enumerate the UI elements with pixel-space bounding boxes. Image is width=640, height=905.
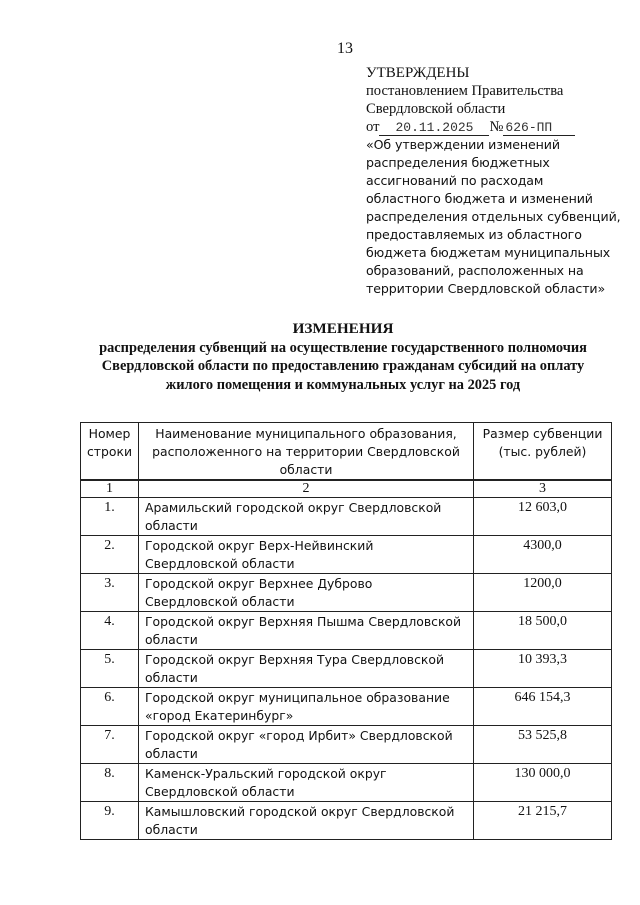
heading-line-1: распределения субвенций на осуществление…: [40, 339, 640, 358]
approval-number: 626-ПП: [503, 120, 575, 136]
approval-line-1: постановлением Правительства: [366, 82, 626, 100]
table-row: 5.Городской округ Верхняя Тура Свердловс…: [81, 650, 612, 688]
row-number: 3.: [81, 574, 139, 612]
municipality-name: Городской округ «город Ирбит» Свердловск…: [139, 726, 474, 764]
date-prefix: от: [366, 118, 379, 136]
row-number: 4.: [81, 612, 139, 650]
subvention-amount: 10 393,3: [474, 650, 612, 688]
municipality-name: Городской округ муниципальное образовани…: [139, 688, 474, 726]
table-row: 1.Арамильский городской округ Свердловск…: [81, 498, 612, 536]
table-row: 7.Городской округ «город Ирбит» Свердлов…: [81, 726, 612, 764]
subventions-table: Номер строки Наименование муниципального…: [80, 422, 612, 840]
column-index: 3: [474, 480, 612, 498]
approval-subject-line: образований, расположенных на: [366, 262, 626, 280]
approval-subject-line: областного бюджета и изменений: [366, 190, 626, 208]
table-row: 9.Камышловский городской округ Свердловс…: [81, 802, 612, 840]
subvention-amount: 53 525,8: [474, 726, 612, 764]
approval-date: 20.11.2025: [379, 120, 489, 136]
approval-subject-line: распределения бюджетных: [366, 154, 626, 172]
table-header-row: Номер строки Наименование муниципального…: [81, 423, 612, 481]
subvention-amount: 21 215,7: [474, 802, 612, 840]
approved-label: УТВЕРЖДЕНЫ: [366, 64, 626, 82]
approval-subject-line: бюджета бюджетам муниципальных: [366, 244, 626, 262]
row-number: 6.: [81, 688, 139, 726]
approval-subject-line: предоставляемых из областного: [366, 226, 626, 244]
page-number: 13: [337, 40, 353, 58]
approval-subject-line: распределения отдельных субвенций,: [366, 208, 626, 226]
subvention-amount: 1200,0: [474, 574, 612, 612]
table-row: 4.Городской округ Верхняя Пышма Свердлов…: [81, 612, 612, 650]
number-prefix: №: [489, 118, 503, 136]
municipality-name: Камышловский городской округ Свердловско…: [139, 802, 474, 840]
heading-line-2: Свердловской области по предоставлению г…: [40, 357, 640, 376]
municipality-name: Каменск-Уральский городской округ Свердл…: [139, 764, 474, 802]
date-number-line: от 20.11.2025 № 626-ПП: [366, 118, 626, 136]
municipality-name: Городской округ Верхнее Дуброво Свердлов…: [139, 574, 474, 612]
row-number: 8.: [81, 764, 139, 802]
table-row: 6.Городской округ муниципальное образова…: [81, 688, 612, 726]
row-number: 1.: [81, 498, 139, 536]
row-number: 9.: [81, 802, 139, 840]
header-amount: Размер субвенции (тыс. рублей): [474, 423, 612, 481]
approval-stamp: УТВЕРЖДЕНЫ постановлением Правительства …: [366, 64, 626, 298]
table-row: 2.Городской округ Верх-Нейвинский Свердл…: [81, 536, 612, 574]
row-number: 5.: [81, 650, 139, 688]
row-number: 7.: [81, 726, 139, 764]
header-row-number: Номер строки: [81, 423, 139, 481]
heading-title: ИЗМЕНЕНИЯ: [40, 320, 640, 339]
municipality-name: Городской округ Верхняя Пышма Свердловск…: [139, 612, 474, 650]
approval-subject-line: «Об утверждении изменений: [366, 136, 626, 154]
subvention-amount: 18 500,0: [474, 612, 612, 650]
column-index-row: 1 2 3: [81, 480, 612, 498]
table-row: 8.Каменск-Уральский городской округ Свер…: [81, 764, 612, 802]
column-index: 2: [139, 480, 474, 498]
approval-subject: «Об утверждении измененийраспределения б…: [366, 136, 626, 298]
table-row: 3.Городской округ Верхнее Дуброво Свердл…: [81, 574, 612, 612]
municipality-name: Арамильский городской округ Свердловской…: [139, 498, 474, 536]
subvention-amount: 4300,0: [474, 536, 612, 574]
subvention-amount: 646 154,3: [474, 688, 612, 726]
header-municipality: Наименование муниципального образования,…: [139, 423, 474, 481]
approval-subject-line: ассигнований по расходам: [366, 172, 626, 190]
approval-line-2: Свердловской области: [366, 100, 626, 118]
municipality-name: Городской округ Верхняя Тура Свердловско…: [139, 650, 474, 688]
subvention-amount: 12 603,0: [474, 498, 612, 536]
document-heading: ИЗМЕНЕНИЯ распределения субвенций на осу…: [40, 320, 640, 394]
subvention-amount: 130 000,0: [474, 764, 612, 802]
municipality-name: Городской округ Верх-Нейвинский Свердлов…: [139, 536, 474, 574]
column-index: 1: [81, 480, 139, 498]
row-number: 2.: [81, 536, 139, 574]
approval-subject-line: территории Свердловской области»: [366, 280, 626, 298]
heading-line-3: жилого помещения и коммунальных услуг на…: [40, 376, 640, 395]
